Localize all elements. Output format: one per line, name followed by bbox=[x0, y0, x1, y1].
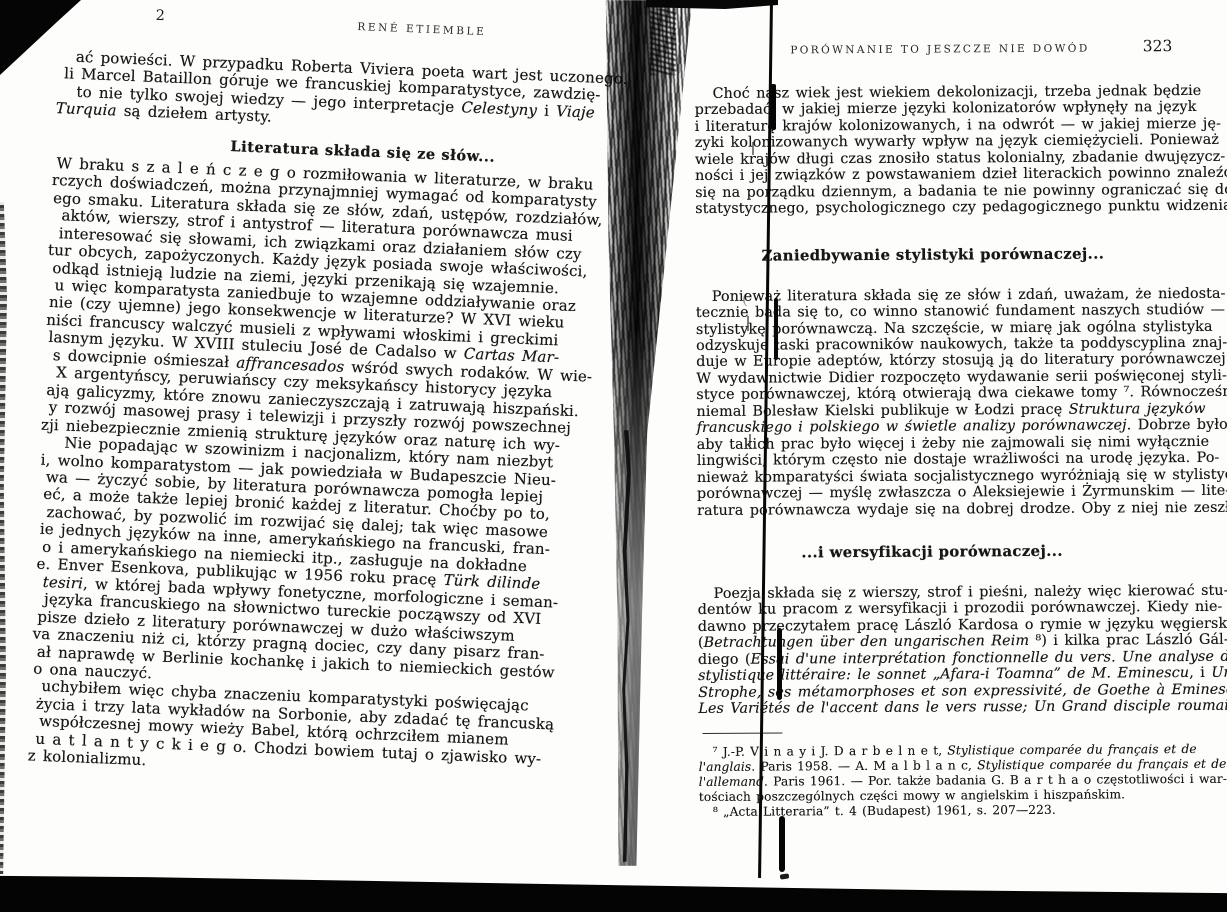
left-edge-scan-artifact bbox=[0, 202, 7, 874]
paragraph: Choć nasz wiek jest wiekiem dekolonizacj… bbox=[695, 83, 1196, 218]
footnote-rule bbox=[702, 732, 782, 734]
bottom-scan-bar bbox=[0, 870, 1227, 912]
text-line: Les Variétés de l'accent dans le vers ru… bbox=[698, 698, 1198, 718]
fold-line-end-mark bbox=[780, 873, 790, 879]
paragraph: ać powieści. W przypadku Roberta Viviera… bbox=[53, 48, 633, 141]
footnotes: ⁷ J.-P. V i n a y i J. D a r b e l n e t… bbox=[699, 742, 1199, 820]
paragraph: Poezja składa się z wierszy, strof i pie… bbox=[698, 583, 1199, 718]
running-head: RENÉ ETIEMBLE bbox=[357, 21, 487, 38]
book-scan: { "left_page": { "page_number": "2", "ru… bbox=[0, 0, 1227, 912]
text-line: ratura porównawcza wydaje się na dobrej … bbox=[697, 499, 1197, 519]
footnote-line: ⁸ „Acta Litteraria” t. 4 (Budapest) 1961… bbox=[713, 802, 1199, 820]
page-number: 323 bbox=[1143, 37, 1173, 55]
paragraph: W braku s z a l e ń c z e g o rozmiłowan… bbox=[41, 155, 630, 457]
left-page: 2 RENÉ ETIEMBLE ać powieści. W przypadku… bbox=[27, 4, 635, 788]
running-head: PORÓWNANIE TO JESZCZE NIE DOWÓD bbox=[790, 43, 1089, 57]
gutter-shadow-core bbox=[621, 430, 631, 862]
top-edge-scan-noise bbox=[650, 9, 676, 75]
paragraph: Nie popadając w szowinizm i nacjonalizm,… bbox=[31, 434, 618, 701]
section-heading: ...i wersyfikacji porównaczej... bbox=[801, 542, 1197, 561]
section-heading: Zaniedbywanie stylistyki porównaczej... bbox=[762, 245, 1196, 265]
paragraph: Ponieważ literatura składa się ze słów i… bbox=[696, 286, 1197, 519]
fold-line-blob bbox=[779, 816, 785, 872]
right-page: PORÓWNANIE TO JESZCZE NIE DOWÓD 323 Choć… bbox=[694, 0, 1199, 820]
page-number: 2 bbox=[155, 8, 165, 24]
text-line: statystycznego, psychologicznego czy ped… bbox=[695, 198, 1195, 218]
